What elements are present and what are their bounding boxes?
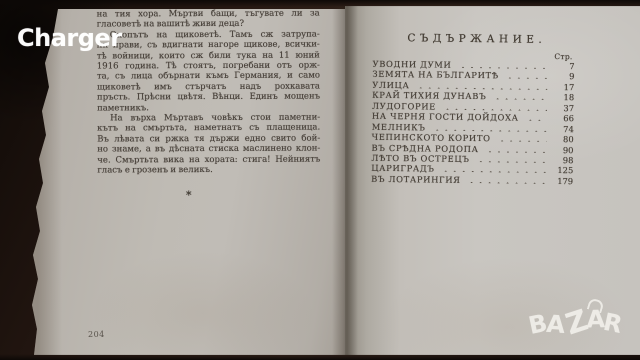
left-page-number: 204 <box>88 330 105 339</box>
bazar-logo-watermark: BAZAR <box>528 302 639 360</box>
section-separator-asterisk: * <box>186 189 192 202</box>
text-line: та, съ лица обърнати къмъ Германия, и са… <box>97 71 320 82</box>
dot-leader <box>493 92 547 101</box>
toc-entry-page-number: 98 <box>551 155 573 165</box>
charger-watermark: Charger <box>17 24 122 52</box>
dot-leader <box>498 133 547 142</box>
book-photo-scene: на тия хора. Мъртви бащи, тъгувате ли за… <box>0 0 640 360</box>
text-line: че. Смъртьта вика на хората: стига! Нейн… <box>97 154 320 165</box>
toc-heading: СЪДЪРЖАНИЕ. <box>373 32 575 46</box>
toc-entry-page-number: 37 <box>552 103 574 113</box>
table-of-contents: СЪДЪРЖАНИЕ. Стр. УВОДНИ ДУМИ 7 ЗЕМЯТА НА… <box>371 32 575 187</box>
dot-leader <box>486 144 547 153</box>
toc-entry-page-number: 179 <box>551 176 573 186</box>
bazar-letter: Z <box>562 306 589 339</box>
toc-entry-title: УВОДНИ ДУМИ <box>372 59 451 70</box>
toc-entry-page-number: 90 <box>551 144 573 154</box>
dot-leader <box>433 122 547 131</box>
bazar-letter: R <box>602 310 625 337</box>
toc-entry-title: МЕЛНИКЪ <box>372 121 426 132</box>
toc-entry-title: ВЪ СРѢДНА РОДОПА <box>371 142 478 153</box>
dot-leader <box>443 101 547 110</box>
dot-leader <box>416 80 547 90</box>
toc-entry-page-number: 9 <box>552 71 574 81</box>
text-line: но знаме, а въ дѣсната стиска маслинено … <box>97 144 320 155</box>
toc-entry-page-number: 18 <box>552 92 574 102</box>
dot-leader <box>442 164 547 173</box>
toc-entry-page-number: 17 <box>552 82 574 92</box>
toc-entry-page-number: 66 <box>552 113 574 123</box>
text-line: гласъ е грозенъ и великъ. <box>97 165 320 176</box>
left-page-text-block: на тия хора. Мъртви бащи, тъгувате ли за… <box>97 9 321 176</box>
dot-leader <box>477 154 547 163</box>
dot-leader <box>526 113 547 121</box>
toc-entry-page-number: 74 <box>552 124 574 134</box>
toc-entry-page-number: 125 <box>551 165 573 175</box>
toc-entry-title: ВЪ ЛОТАРИНГИЯ <box>371 174 461 185</box>
dot-leader <box>458 60 547 69</box>
toc-entry-title: ЛУДОГОРИЕ <box>372 101 436 112</box>
toc-entry-page-number: 80 <box>552 134 574 144</box>
toc-entry-title: ЛѢТО ВЪ ОСТРЕЦЪ <box>371 153 469 164</box>
dot-leader <box>506 71 548 80</box>
toc-entry-title: УЛИЦА <box>372 80 409 90</box>
photo-top-edge <box>0 0 640 7</box>
toc-entry-title: ЦАРИГРАДЪ <box>371 163 434 174</box>
dot-leader <box>468 175 547 184</box>
text-line: ни прави, съ вдигнати нагоре щикове, вси… <box>97 40 320 51</box>
text-line: пръсть. Прѣсни цвѣтя. Вѣнци. Единъ мощен… <box>97 92 320 103</box>
toc-entry-page-number: 7 <box>552 61 574 71</box>
